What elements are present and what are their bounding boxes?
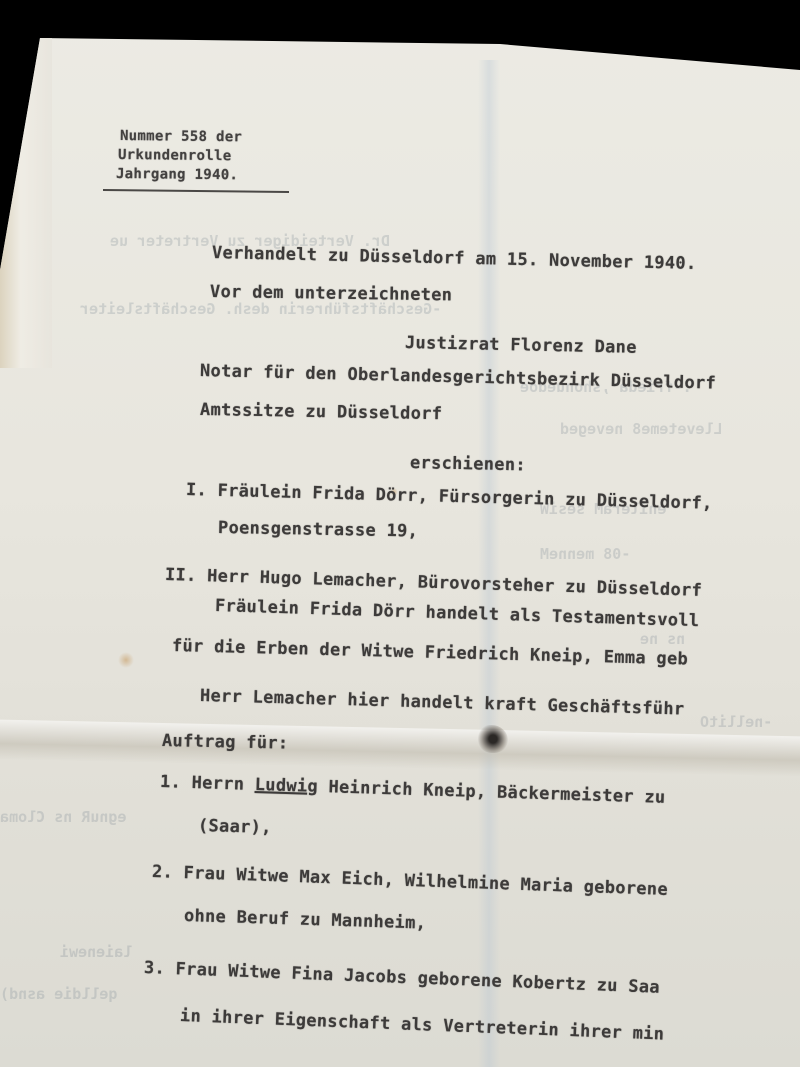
stain <box>118 652 134 668</box>
bleed-through-text: egnuR ns Cloma <box>0 808 126 826</box>
appeared-heading: erschienen: <box>410 453 526 475</box>
record-year: Jahrgang 1940. <box>116 166 238 183</box>
principal-1-line-2: (Saar), <box>198 816 272 838</box>
before-notary: Vor dem unterzeichneten <box>210 282 453 305</box>
horizontal-fold-crease <box>0 720 800 777</box>
bleed-through-text: -08 menneM <box>540 545 630 563</box>
principal-number: 3. <box>144 958 166 979</box>
principal-number: 1. <box>160 772 182 793</box>
principal-number: 2. <box>152 862 174 883</box>
paper-tear <box>478 725 508 753</box>
paper-edge-curl <box>0 38 52 368</box>
bleed-through-text: qelldie asnd) <box>0 985 117 1003</box>
party-number: I. <box>186 480 208 501</box>
bleed-through-text: ns ne <box>640 630 685 648</box>
capacity-line-4: Auftrag für: <box>162 731 289 754</box>
party-1-address: Poensgenstrasse 19, <box>218 518 418 541</box>
record-number: Nummer 558 der <box>120 128 242 145</box>
record-register: Urkundenrolle <box>118 147 232 164</box>
principal-text-pre: Herrn <box>191 773 255 795</box>
bleed-through-text: -nellitO <box>700 713 772 731</box>
notary-seat: Amtssitze zu Düsseldorf <box>200 400 443 424</box>
bleed-through-text: laienewi <box>60 943 132 961</box>
underlined-first-name: Ludwig <box>254 775 318 797</box>
bleed-through-text: Lleveteme8 neveged <box>560 420 723 438</box>
vertical-fold-crease <box>478 60 500 1067</box>
party-number: II. <box>165 565 197 586</box>
